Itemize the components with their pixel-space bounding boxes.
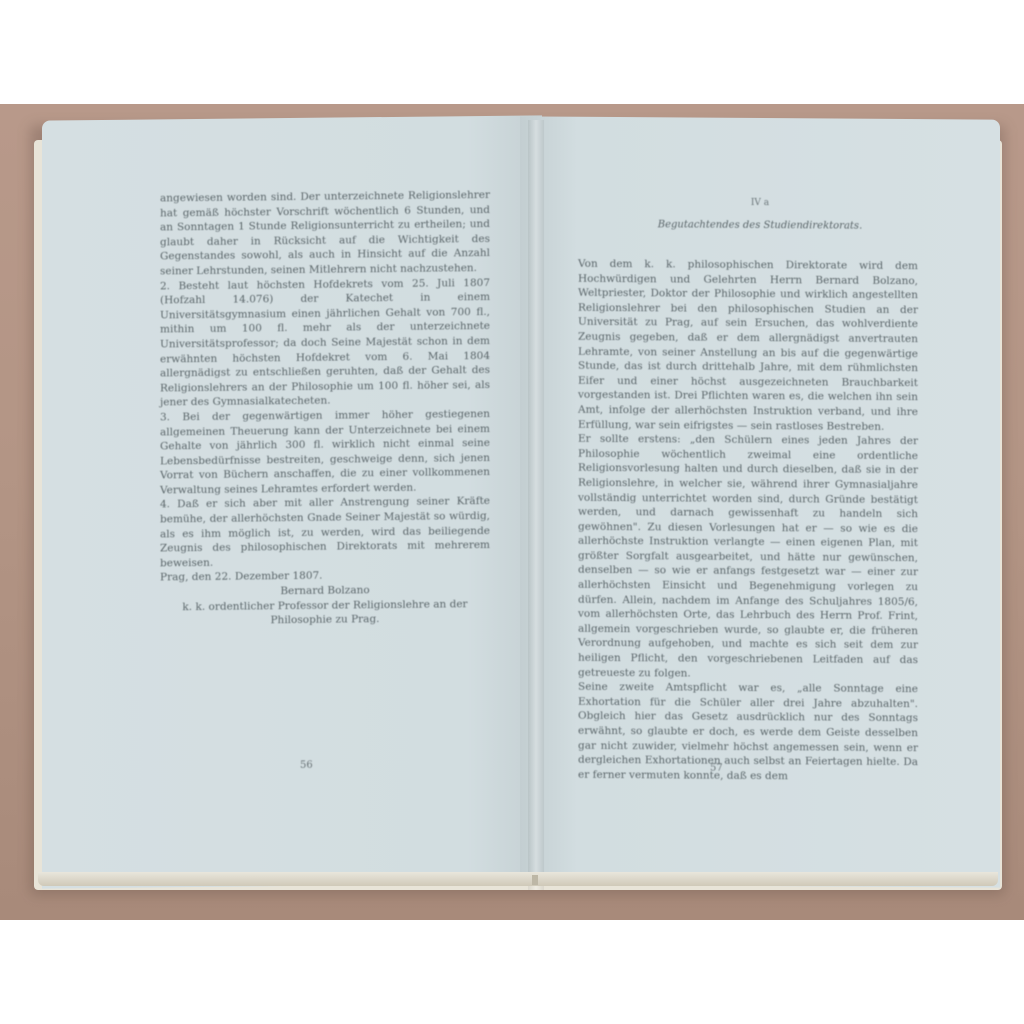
section-number: IV a — [520, 196, 1000, 209]
right-paragraph: Seine zweite Amtspflicht war es, „alle S… — [578, 680, 918, 785]
right-page-text: Von dem k. k. philosophischen Direktorat… — [578, 257, 918, 785]
right-page: IV a Begutachtendes des Studiendirektora… — [520, 116, 1000, 887]
right-paragraph: Von dem k. k. philosophischen Direktorat… — [578, 257, 918, 434]
section-title: Begutachtendes des Studiendirektorats. — [520, 218, 1000, 232]
left-paragraph: 4. Daß er sich aber mit aller Anstrengun… — [160, 494, 490, 570]
left-paragraph: 2. Besteht laut höchsten Hofdekrets vom … — [160, 275, 490, 410]
book-gutter — [528, 120, 544, 890]
signature-title: k. k. ordentlicher Professor der Religio… — [160, 597, 490, 630]
left-paragraph: angewiesen worden sind. Der unterzeichne… — [160, 188, 490, 279]
right-paragraph: Er sollte erstens: „den Schülern eines j… — [578, 432, 918, 682]
spine-notch — [532, 875, 538, 885]
page-number-left: 56 — [300, 760, 313, 771]
page-block-edge — [38, 872, 998, 886]
page-number-right: 57 — [710, 763, 723, 774]
left-page-text: angewiesen worden sind. Der unterzeichne… — [160, 188, 490, 629]
left-page: angewiesen worden sind. Der unterzeichne… — [42, 115, 542, 888]
left-paragraph: 3. Bei der gegenwärtigen immer höher ges… — [160, 407, 490, 498]
